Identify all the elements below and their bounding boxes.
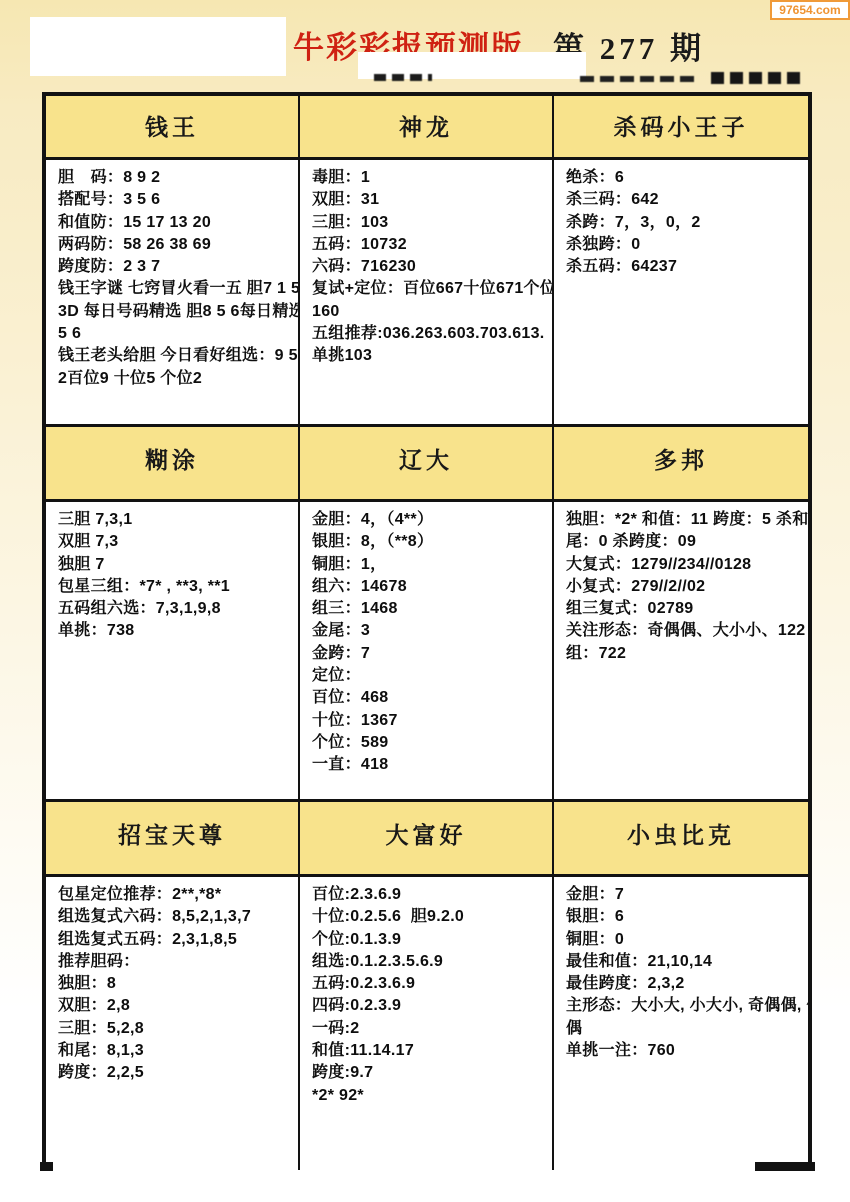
text-line: 组选复式五码：2,3,1,8,5 (58, 929, 296, 951)
text-line: 双胆：2,8 (58, 995, 296, 1017)
text-line: 关注形态：奇偶偶、大小小、122 直 (566, 620, 806, 642)
watermark-badge: 97654.com (770, 0, 850, 20)
text-line: 五码组六选：7,3,1,9,8 (58, 598, 296, 620)
text-line: 五码：10732 (312, 234, 550, 256)
text-line: 百位:2.3.6.9 (312, 884, 550, 906)
text-line: 单挑一注：760 (566, 1040, 806, 1062)
text-line: 和尾：8,1,3 (58, 1040, 296, 1062)
content-row-1: 胆 码：8 9 2搭配号：3 5 6和值防：15 17 13 20两码防：58 … (46, 160, 808, 424)
header-row-3: 招宝天尊 大富好 小虫比克 (46, 799, 808, 877)
text-line: 单挑：738 (58, 620, 296, 642)
text-line: 钱王字谜 七窍冒火看一五 胆7 1 5 (58, 278, 296, 300)
text-line: 组：722 (566, 643, 806, 665)
text-line: 毒胆：1 (312, 167, 550, 189)
panel-title-xiaochong-bike: 小虫比克 (554, 799, 808, 877)
text-line: 跨度：2,2,5 (58, 1062, 296, 1084)
text-line: 十位：1367 (312, 710, 550, 732)
text-line: 偶 (566, 1018, 806, 1040)
panel-title-dafuhao: 大富好 (300, 799, 554, 877)
covered-text-fragment (580, 76, 698, 82)
panel-title-duobang: 多邦 (554, 424, 808, 502)
text-line: 包星定位推荐：2**,*8* (58, 884, 296, 906)
panel-content-hutu: 三胆 7,3,1双胆 7,3独胆 7包星三组：*7* , **3, **1五码组… (46, 502, 300, 799)
text-line: *2* 92* (312, 1085, 550, 1107)
text-line: 钱王老头给胆 今日看好组选：9 5 (58, 345, 296, 367)
text-line: 搭配号：3 5 6 (58, 189, 296, 211)
panel-content-qianwang: 胆 码：8 9 2搭配号：3 5 6和值防：15 17 13 20两码防：58 … (46, 160, 300, 424)
text-line: 独胆：*2* 和值：11 跨度：5 杀和 (566, 509, 806, 531)
text-line: 小复式：279//2//02 (566, 576, 806, 598)
text-line: 3D 每日号码精选 胆8 5 6每日精选 (58, 301, 296, 323)
panel-content-xiaochong-bike: 金胆：7银胆：6铜胆：0最佳和值：21,10,14最佳跨度：2,3,2主形态：大… (554, 877, 808, 1170)
text-line: 5 6 (58, 323, 296, 345)
panel-content-dafuhao: 百位:2.3.6.9十位:0.2.5.6 胆9.2.0个位:0.1.3.9组选:… (300, 877, 554, 1170)
text-line: 五组推荐:036.263.603.703.613. (312, 323, 550, 345)
text-line: 杀跨：7，3，0，2 (566, 212, 806, 234)
text-line: 百位：468 (312, 687, 550, 709)
text-line: 杀五码：64237 (566, 256, 806, 278)
text-line: 三胆 7,3,1 (58, 509, 296, 531)
panel-title-zhaobao-tianzun: 招宝天尊 (46, 799, 300, 877)
text-line: 组选:0.1.2.3.5.6.9 (312, 951, 550, 973)
text-line: 个位:0.1.3.9 (312, 929, 550, 951)
text-line: 大复式：1279//234//0128 (566, 554, 806, 576)
panel-content-zhaobao-tianzun: 包星定位推荐：2**,*8*组选复式六码：8,5,2,1,3,7组选复式五码：2… (46, 877, 300, 1170)
text-line: 最佳跨度：2,3,2 (566, 973, 806, 995)
text-line: 最佳和值：21,10,14 (566, 951, 806, 973)
text-line: 和值:11.14.17 (312, 1040, 550, 1062)
text-line: 跨度:9.7 (312, 1062, 550, 1084)
text-line: 组六：14678 (312, 576, 550, 598)
panel-title-liaoda: 辽大 (300, 424, 554, 502)
text-line: 胆 码：8 9 2 (58, 167, 296, 189)
whiteout-box-left (30, 17, 286, 76)
text-line: 双胆 7,3 (58, 531, 296, 553)
text-line: 五码:0.2.3.6.9 (312, 973, 550, 995)
text-line: 六码：716230 (312, 256, 550, 278)
text-line: 一码:2 (312, 1018, 550, 1040)
text-line: 包星三组：*7* , **3, **1 (58, 576, 296, 598)
text-line: 单挑103 (312, 345, 550, 367)
text-line: 独胆 7 (58, 554, 296, 576)
content-row-2: 三胆 7,3,1双胆 7,3独胆 7包星三组：*7* , **3, **1五码组… (46, 502, 808, 799)
table-bottom-border-fragment (755, 1162, 815, 1171)
text-line: 银胆：6 (566, 906, 806, 928)
text-line: 个位：589 (312, 732, 550, 754)
text-line: 铜胆：0 (566, 929, 806, 951)
text-line: 金胆：4，（4**） (312, 509, 550, 531)
text-line: 独胆：8 (58, 973, 296, 995)
text-line: 推荐胆码： (58, 951, 296, 973)
text-line: 复试+定位：百位667十位671个位 (312, 278, 550, 300)
text-line: 十位:0.2.5.6 胆9.2.0 (312, 906, 550, 928)
text-line: 尾：0 杀跨度：09 (566, 531, 806, 553)
table-bottom-border-fragment (40, 1162, 53, 1171)
text-line: 杀独跨：0 (566, 234, 806, 256)
text-line: 四码:0.2.3.9 (312, 995, 550, 1017)
text-line: 三胆：103 (312, 212, 550, 234)
text-line: 一直：418 (312, 754, 550, 776)
text-line: 绝杀：6 (566, 167, 806, 189)
watermark-text: 97654.com (779, 3, 840, 17)
text-line: 三胆：5,2,8 (58, 1018, 296, 1040)
text-line: 主形态：大小大, 小大小, 奇偶偶, 偶偶 (566, 995, 806, 1017)
text-line: 定位： (312, 665, 550, 687)
text-line: 组三：1468 (312, 598, 550, 620)
covered-text-fragment (711, 72, 806, 84)
text-line: 杀三码：642 (566, 189, 806, 211)
header-row-2: 糊涂 辽大 多邦 (46, 424, 808, 502)
text-line: 跨度防：2 3 7 (58, 256, 296, 278)
text-line: 组选复式六码：8,5,2,1,3,7 (58, 906, 296, 928)
panel-title-qianwang: 钱王 (46, 96, 300, 160)
panel-title-hutu: 糊涂 (46, 424, 300, 502)
header-row-1: 钱王 神龙 杀码小王子 (46, 96, 808, 160)
text-line: 银胆：8，（**8） (312, 531, 550, 553)
content-row-3: 包星定位推荐：2**,*8*组选复式六码：8,5,2,1,3,7组选复式五码：2… (46, 877, 808, 1170)
text-line: 金胆：7 (566, 884, 806, 906)
panel-content-duobang: 独胆：*2* 和值：11 跨度：5 杀和尾：0 杀跨度：09大复式：1279//… (554, 502, 808, 799)
text-line: 铜胆：1， (312, 554, 550, 576)
text-line: 2百位9 十位5 个位2 (58, 368, 296, 390)
text-line: 金尾：3 (312, 620, 550, 642)
text-line: 两码防：58 26 38 69 (58, 234, 296, 256)
text-line: 金跨：7 (312, 643, 550, 665)
panel-content-liaoda: 金胆：4，（4**）银胆：8，（**8）铜胆：1，组六：14678组三：1468… (300, 502, 554, 799)
prediction-table: 钱王 神龙 杀码小王子 胆 码：8 9 2搭配号：3 5 6和值防：15 17 … (42, 92, 812, 1170)
text-line: 160 (312, 301, 550, 323)
covered-text-fragment (374, 74, 432, 81)
panel-title-shenlong: 神龙 (300, 96, 554, 160)
panel-content-shenlong: 毒胆：1双胆：31三胆：103五码：10732六码：716230复试+定位：百位… (300, 160, 554, 424)
panel-title-shama-xiaowangzi: 杀码小王子 (554, 96, 808, 160)
text-line: 双胆：31 (312, 189, 550, 211)
panel-content-shama-xiaowangzi: 绝杀：6杀三码：642杀跨：7，3，0，2杀独跨：0杀五码：64237 (554, 160, 808, 424)
text-line: 组三复式：02789 (566, 598, 806, 620)
text-line: 和值防：15 17 13 20 (58, 212, 296, 234)
